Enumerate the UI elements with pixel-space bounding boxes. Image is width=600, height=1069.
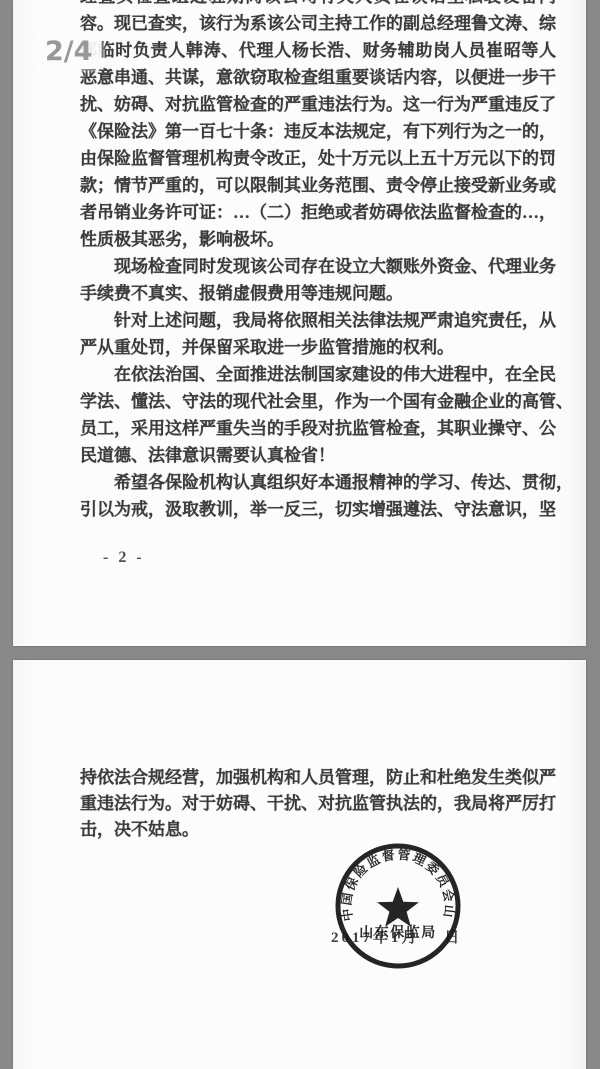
- page-counter-badge: 2/4: [36, 34, 101, 69]
- text-line: 民道德、法律意识需要认真检省！: [80, 442, 556, 469]
- page-3-lines: 持依法合规经营，加强机构和人员管理，防止和杜绝发生类似严重违法行为。对于妨碍、干…: [80, 765, 556, 843]
- page-2-lines: 容。现已查实，该行为系该公司主持工作的副总经理鲁文涛、综部临时负责人韩涛、代理人…: [80, 10, 556, 523]
- page-2-text-block: 经查实检查组进驻期间该公司有关人员在谈话室私装设备内 容。现已查实，该行为系该公…: [80, 0, 556, 523]
- text-line: 款；情节严重的，可以限制其业务范围、责令停止接受新业务或: [80, 172, 556, 199]
- text-line: 员工，采用这样严重失当的手段对抗监管检查，其职业操守、公: [80, 415, 556, 442]
- document-viewer[interactable]: 经查实检查组进驻期间该公司有关人员在谈话室私装设备内 容。现已查实，该行为系该公…: [0, 0, 600, 1069]
- text-line: 学法、懂法、守法的现代社会里，作为一个国有金融企业的高管、: [80, 388, 556, 415]
- text-line: 击，决不姑息。: [80, 817, 556, 843]
- text-line: 容。现已查实，该行为系该公司主持工作的副总经理鲁文涛、综: [80, 10, 556, 37]
- text-line: 重违法行为。对于妨碍、干扰、对抗监管执法的，我局将严厉打: [80, 791, 556, 817]
- text-line: 者吊销业务许可证：…（二）拒绝或者妨碍依法监督检查的…，: [80, 199, 556, 226]
- text-line: 持依法合规经营，加强机构和人员管理，防止和杜绝发生类似严: [80, 765, 556, 791]
- text-line: 恶意串通、共谋，意欲窃取检查组重要谈话内容，以便进一步干: [80, 64, 556, 91]
- page-number-footer: - 2 -: [103, 549, 145, 567]
- text-line: 《保险法》第一百七十条：违反本法规定，有下列行为之一的，: [80, 118, 556, 145]
- text-line: 扰、妨碍、对抗监管检查的严重违法行为。这一行为严重违反了: [80, 91, 556, 118]
- clipped-top-line: 经查实检查组进驻期间该公司有关人员在谈话室私装设备内: [80, 0, 556, 10]
- text-line: 手续费不真实、报销虚假费用等违规问题。: [80, 280, 556, 307]
- text-line: 引以为戒，汲取教训，举一反三，切实增强遵法、守法意识，坚: [80, 496, 556, 523]
- document-page-3: 持依法合规经营，加强机构和人员管理，防止和杜绝发生类似严重违法行为。对于妨碍、干…: [13, 660, 586, 1069]
- text-line: 针对上述问题，我局将依照相关法律法规严肃追究责任，从: [80, 307, 556, 334]
- text-line: 性质极其恶劣，影响极坏。: [80, 226, 556, 253]
- seal-inner-text: 山东保监局: [359, 924, 437, 941]
- page-3-text-block: 持依法合规经营，加强机构和人员管理，防止和杜绝发生类似严重违法行为。对于妨碍、干…: [80, 765, 556, 843]
- text-line: 在依法治国、全面推进法制国家建设的伟大进程中，在全民: [80, 361, 556, 388]
- document-page-2: 经查实检查组进驻期间该公司有关人员在谈话室私装设备内 容。现已查实，该行为系该公…: [13, 0, 586, 646]
- text-line: 严从重处罚，并保留采取进一步监管措施的权利。: [80, 334, 556, 361]
- text-line: 部临时负责人韩涛、代理人杨长浩、财务辅助岗人员崔昭等人: [80, 37, 556, 64]
- star-icon: [377, 887, 419, 927]
- official-seal-stamp: 中国保险监督管理委员会山东监管局 山东保监局: [333, 841, 463, 971]
- text-line: 现场检查同时发现该公司存在设立大额账外资金、代理业务: [80, 253, 556, 280]
- text-line: 由保险监督管理机构责令改正，处十万元以上五十万元以下的罚: [80, 145, 556, 172]
- text-line: 希望各保险机构认真组织好本通报精神的学习、传达、贯彻，: [80, 469, 556, 496]
